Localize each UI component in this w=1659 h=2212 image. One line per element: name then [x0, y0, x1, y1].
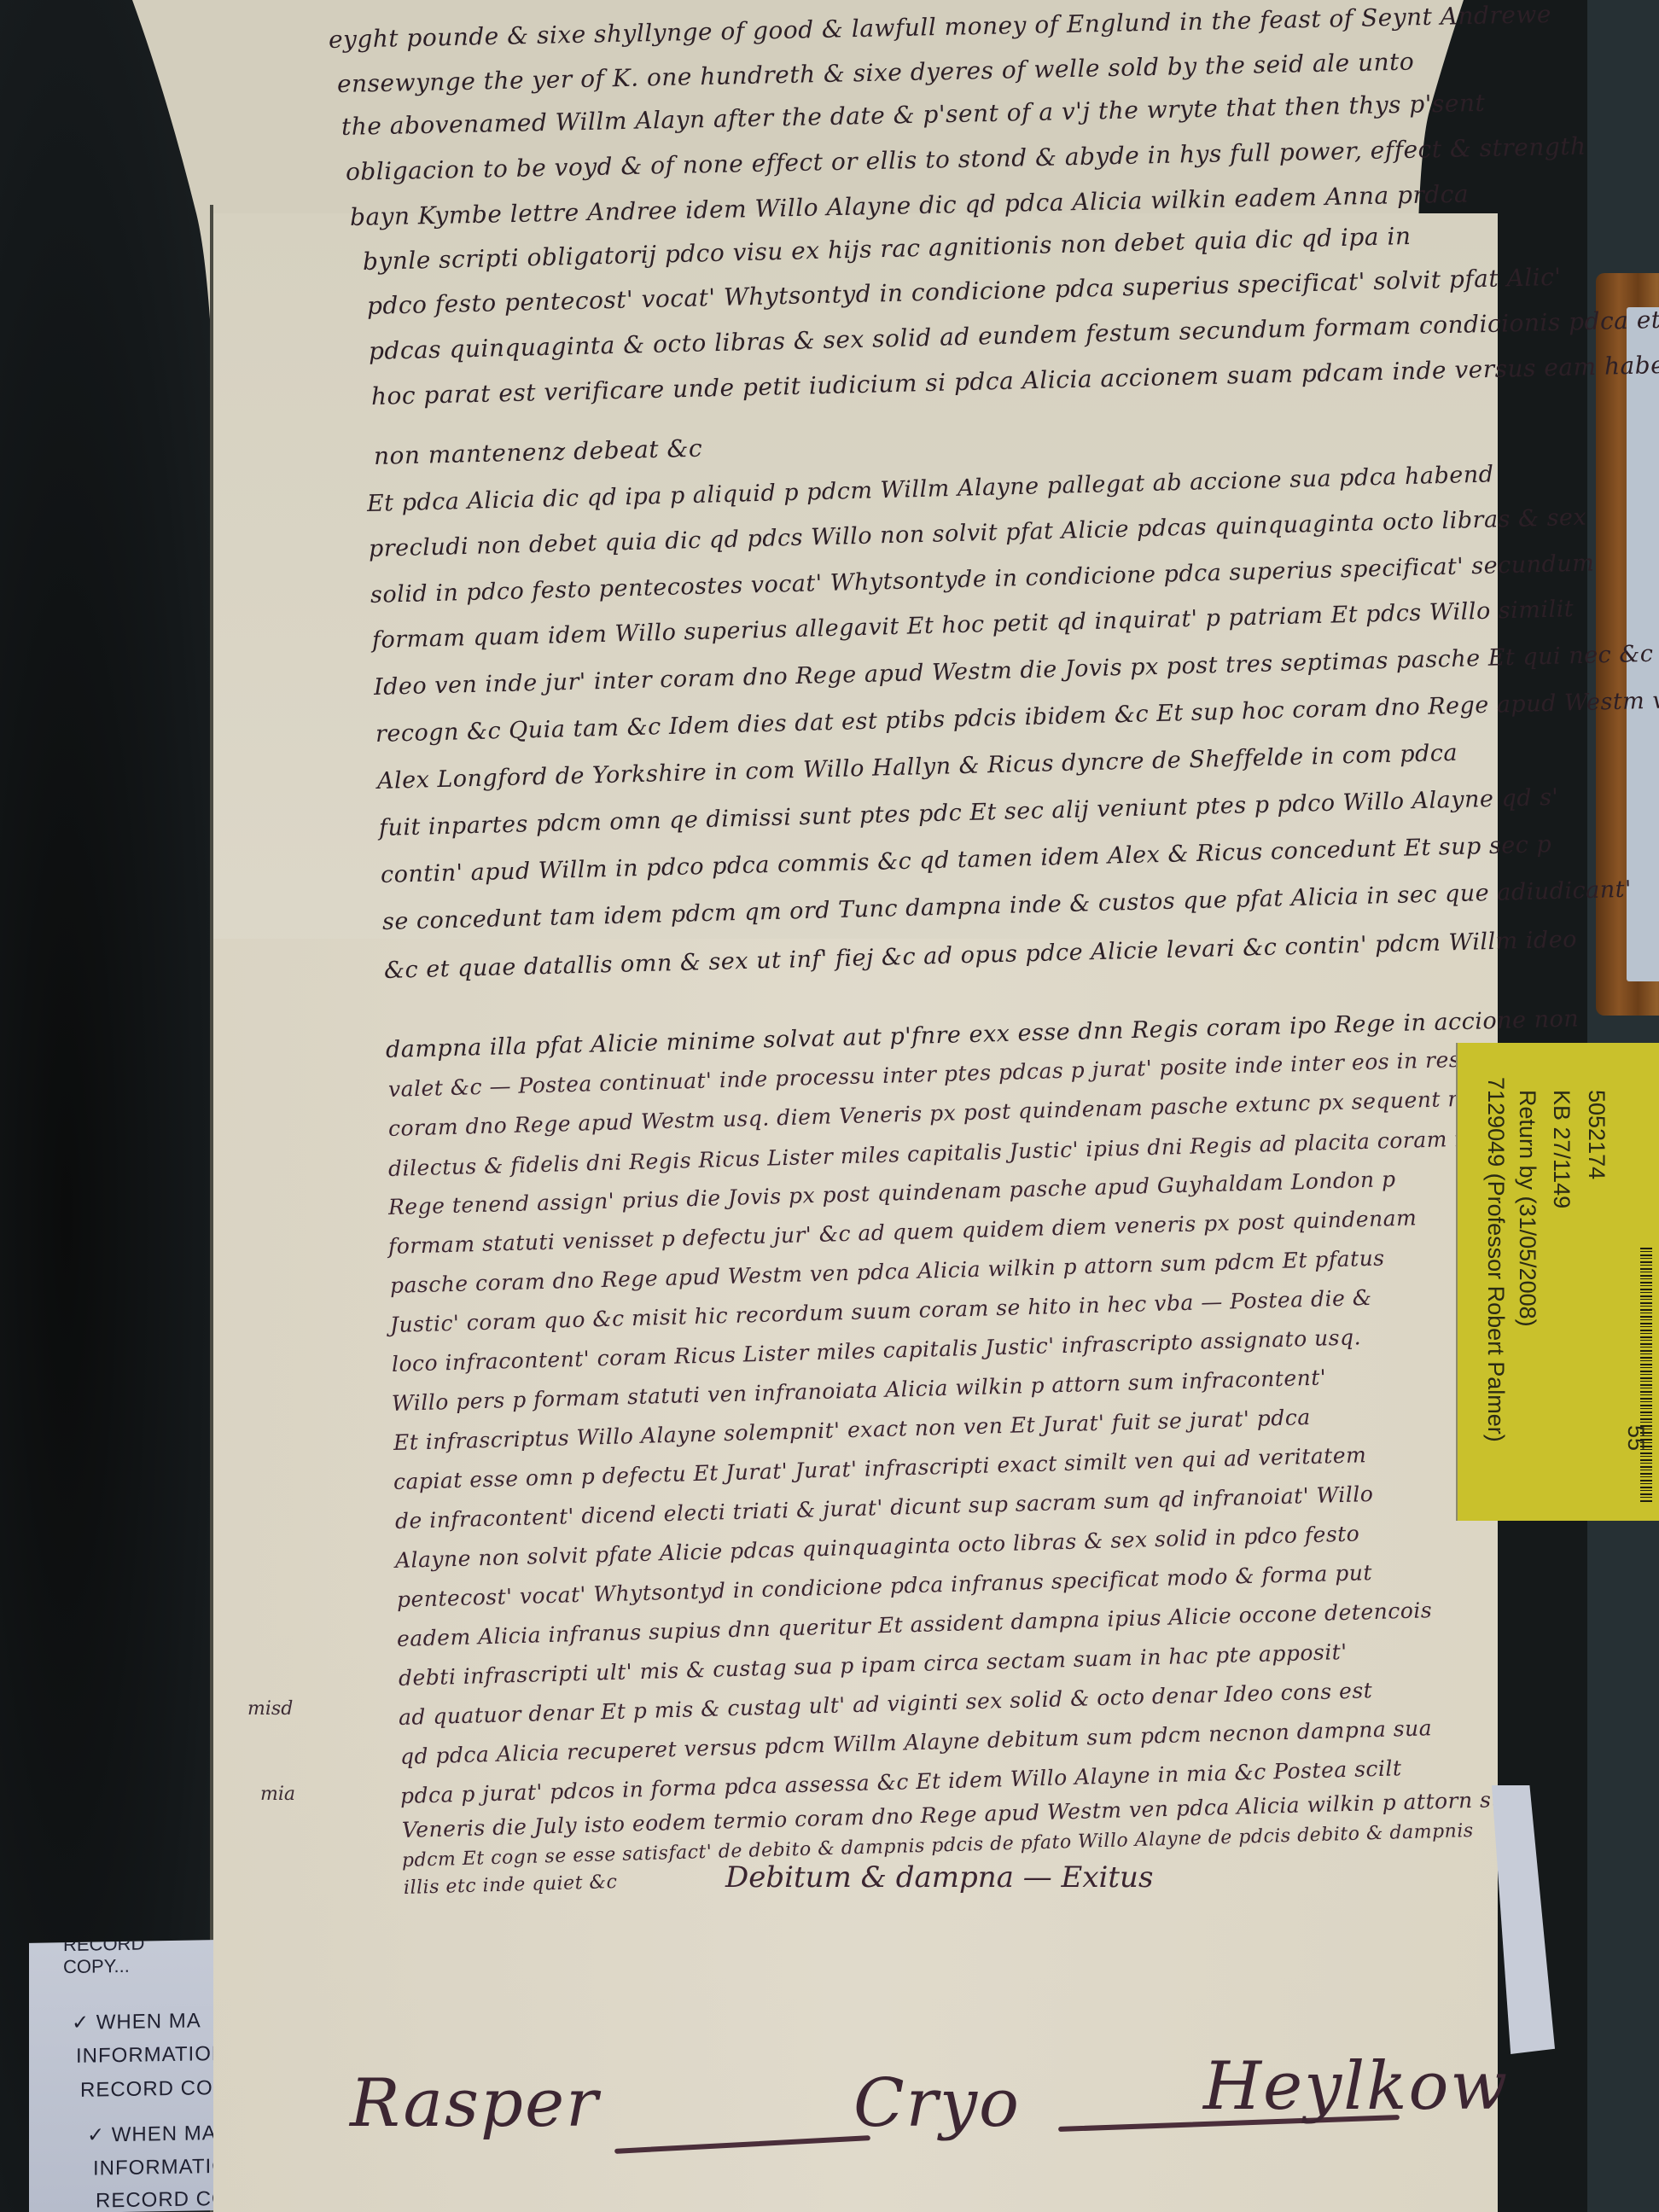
note-item: ✓ WHEN MA — [72, 2008, 201, 2035]
parchment-left-edge — [210, 205, 213, 2212]
instruction-note-card: RECORD COPY... ✓ WHEN MA INFORMATION REC… — [29, 1940, 213, 2212]
barcode — [1640, 1248, 1652, 1504]
note-text: RECORD COPY — [80, 2076, 213, 2103]
note-text: RECORD CO — [96, 2187, 213, 2212]
signature-word-center: Cryo — [853, 2065, 1021, 2142]
check-icon: ✓ — [72, 2011, 90, 2034]
signature-word-left: Rasper — [350, 2065, 599, 2142]
check-icon: ✓ — [87, 2123, 105, 2146]
judgment-summary-line: Debitum & dampna — Exitus — [725, 1860, 1153, 1895]
dark-background-left — [0, 0, 222, 2212]
note-card-cut-text: RECORD COPY... — [63, 1940, 213, 1978]
clerk-signature: Rasper Cryo Heylkow — [341, 2031, 1485, 2185]
paper-tab — [1492, 1785, 1555, 2054]
signature-word-right: Heylkow — [1203, 2048, 1509, 2125]
label-reference-number: 5052174 — [1585, 1090, 1608, 1179]
note-text: INFORMATION — [76, 2042, 213, 2069]
margin-note: mia — [260, 1784, 295, 1805]
note-text: WHEN MA — [96, 2009, 201, 2034]
note-item: ✓ WHEN MA — [87, 2121, 213, 2148]
note-text: WHEN MA — [112, 2122, 213, 2146]
archive-request-label: 55 5052174 KB 27/1149 Return by (31/05/2… — [1458, 1043, 1659, 1521]
archive-label-text: 55 5052174 KB 27/1149 Return by (31/05/2… — [1458, 1043, 1659, 1521]
margin-note: misd — [247, 1698, 293, 1720]
label-requester: 7129049 (Professor Robert Palmer) — [1484, 1077, 1507, 1442]
signature-flourish-line — [614, 2135, 870, 2154]
label-document-reference: KB 27/1149 — [1550, 1090, 1573, 1208]
label-return-date: Return by (31/05/2008) — [1516, 1090, 1539, 1327]
label-page-number: 55 — [1622, 1425, 1649, 1451]
note-text: INFORMATIO — [93, 2155, 213, 2181]
